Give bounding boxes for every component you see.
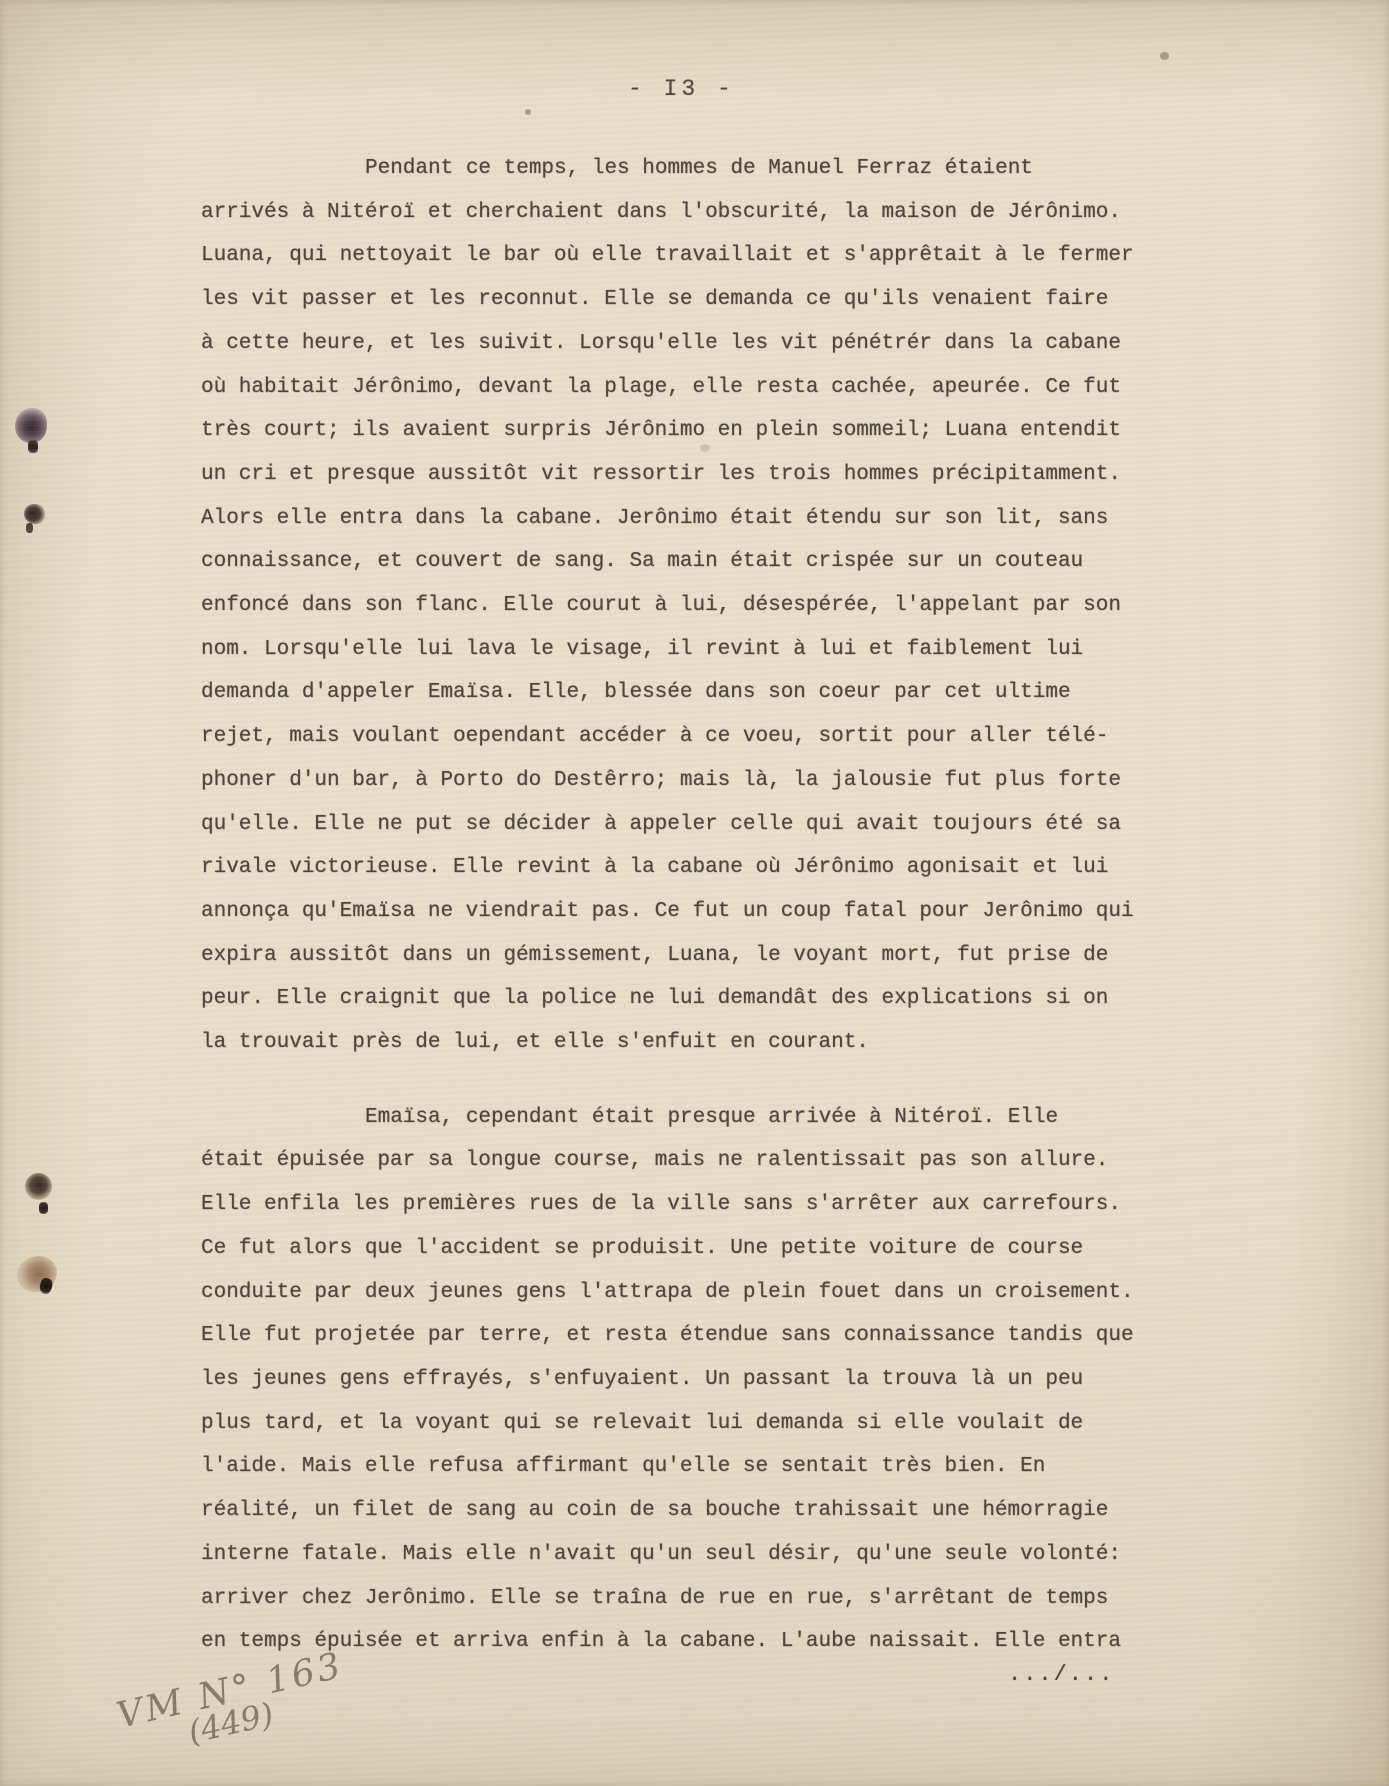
text-line: un cri et presque aussitôt vit ressortir… bbox=[201, 453, 1161, 497]
text-line: Alors elle entra dans la cabane. Jerônim… bbox=[201, 497, 1161, 541]
paragraph-1: Pendant ce temps, les hommes de Manuel F… bbox=[201, 147, 1161, 1065]
paper-speck-header bbox=[525, 109, 531, 115]
text-line: l'aide. Mais elle refusa affirmant qu'el… bbox=[201, 1445, 1161, 1489]
text-line: Elle enfila les premières rues de la vil… bbox=[201, 1183, 1161, 1227]
ink-dot-lower bbox=[39, 1202, 48, 1214]
ink-stain-lower bbox=[25, 1173, 52, 1200]
text-line: Luana, qui nettoyait le bar où elle trav… bbox=[201, 234, 1161, 278]
text-line: très court; ils avaient surpris Jérônimo… bbox=[201, 409, 1161, 453]
text-line: rivale victorieuse. Elle revint à la cab… bbox=[201, 846, 1161, 890]
paper-speck-top-right bbox=[1160, 52, 1169, 60]
ink-stain-top bbox=[15, 408, 47, 443]
text-line: Ce fut alors que l'accident se produisit… bbox=[201, 1227, 1161, 1271]
text-line: les vit passer et les reconnut. Elle se … bbox=[201, 278, 1161, 322]
text-line: réalité, un filet de sang au coin de sa … bbox=[201, 1489, 1161, 1533]
text-line: arrivés à Nitéroï et cherchaient dans l'… bbox=[201, 191, 1161, 235]
handwritten-annotation: VM N° 163 (449) bbox=[113, 1647, 353, 1765]
text-line: plus tard, et la voyant qui se relevait … bbox=[201, 1402, 1161, 1446]
text-line: était épuisée par sa longue course, mais… bbox=[201, 1139, 1161, 1183]
text-line: enfoncé dans son flanc. Elle courut à lu… bbox=[201, 584, 1161, 628]
text-line: expira aussitôt dans un gémissement, Lua… bbox=[201, 934, 1161, 978]
text-line: les jeunes gens effrayés, s'enfuyaient. … bbox=[201, 1358, 1161, 1402]
text-line: demanda d'appeler Emaïsa. Elle, blessée … bbox=[201, 671, 1161, 715]
text-line: la trouvait près de lui, et elle s'enfui… bbox=[201, 1021, 1161, 1065]
text-line: connaissance, et couvert de sang. Sa mai… bbox=[201, 540, 1161, 584]
continuation-mark: .../... bbox=[1008, 1662, 1114, 1687]
ink-stain-upper bbox=[24, 504, 45, 524]
text-line: qu'elle. Elle ne put se décider à appele… bbox=[201, 803, 1161, 847]
text-line: Elle fut projetée par terre, et resta ét… bbox=[201, 1314, 1161, 1358]
ink-dot-bottom bbox=[38, 1277, 54, 1296]
paragraph-2: Emaïsa, cependant était presque arrivée … bbox=[201, 1096, 1161, 1664]
text-line: annonça qu'Emaïsa ne viendrait pas. Ce f… bbox=[201, 890, 1161, 934]
text-line: nom. Lorsqu'elle lui lava le visage, il … bbox=[201, 628, 1161, 672]
text-line: arriver chez Jerônimo. Elle se traîna de… bbox=[201, 1577, 1161, 1621]
document-page: - I3 - Pendant ce temps, les hommes de M… bbox=[0, 0, 1389, 1786]
text-line: en temps épuisée et arriva enfin à la ca… bbox=[201, 1620, 1161, 1664]
text-line: phoner d'un bar, à Porto do Destêrro; ma… bbox=[201, 759, 1161, 803]
ink-dot-upper bbox=[26, 523, 33, 533]
text-line: conduite par deux jeunes gens l'attrapa … bbox=[201, 1271, 1161, 1315]
text-line: rejet, mais voulant oependant accéder à … bbox=[201, 715, 1161, 759]
ink-stain-bottom bbox=[17, 1256, 57, 1292]
text-line: où habitait Jérônimo, devant la plage, e… bbox=[201, 366, 1161, 410]
text-line: peur. Elle craignit que la police ne lui… bbox=[201, 977, 1161, 1021]
typewritten-text: Pendant ce temps, les hommes de Manuel F… bbox=[201, 147, 1161, 1664]
text-line: Pendant ce temps, les hommes de Manuel F… bbox=[201, 147, 1161, 191]
ink-dot-top bbox=[28, 440, 38, 453]
text-line: à cette heure, et les suivit. Lorsqu'ell… bbox=[201, 322, 1161, 366]
text-line: interne fatale. Mais elle n'avait qu'un … bbox=[201, 1533, 1161, 1577]
page-number: - I3 - bbox=[628, 76, 735, 102]
text-line: Emaïsa, cependant était presque arrivée … bbox=[201, 1096, 1161, 1140]
